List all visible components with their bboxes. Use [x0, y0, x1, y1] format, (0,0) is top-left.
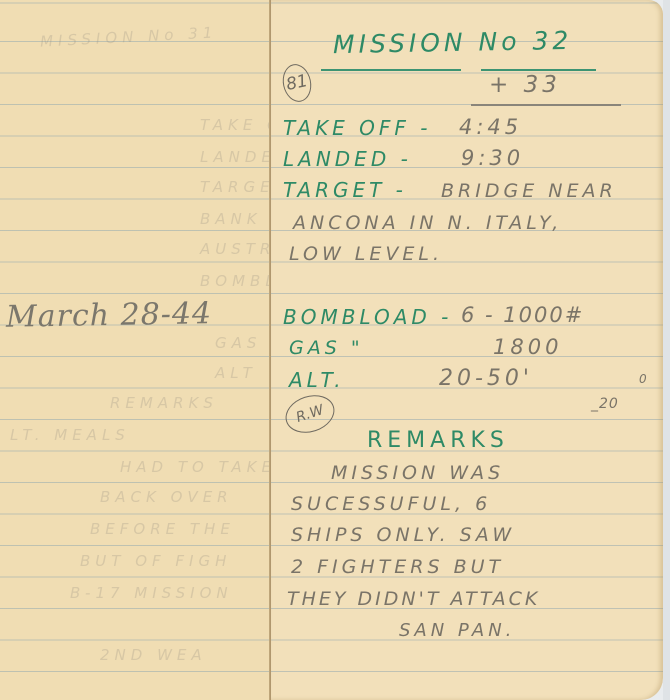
bleed-through-line: BEFORE THE [90, 520, 235, 538]
circled-number: 81 [279, 62, 314, 105]
alt-value: 20-50' [439, 366, 533, 391]
notebook-spread: MISSION No 31 TAKE OFF - 1:30 LANDED - 1… [0, 0, 670, 700]
left-page: MISSION No 31 TAKE OFF - 1:30 LANDED - 1… [0, 0, 271, 700]
bleed-through-line: ALT [215, 364, 257, 382]
remarks-line: 2 FIGHTERS BUT [291, 556, 504, 578]
target-label: TARGET - [283, 178, 407, 202]
remarks-line: THEY DIDN'T ATTACK [287, 588, 540, 610]
right-page: MISSION No 32 81 + 33 TAKE OFF - 4:45 LA… [271, 0, 663, 700]
landed-value: 9:30 [461, 146, 524, 170]
landed-label: LANDED - [283, 147, 412, 171]
remarks-line: SUCESSUFUL, 6 [291, 493, 491, 515]
gas-value: 1800 [493, 335, 562, 359]
gas-label: GAS " [289, 337, 364, 359]
mission-title: MISSION No 32 [333, 26, 573, 59]
bleed-through-line: BUT OF FIGH [80, 552, 231, 570]
page-edge [663, 0, 670, 700]
takeoff-value: 4:45 [459, 115, 522, 139]
margin-note-top: 0 [639, 372, 651, 386]
bleed-through-line: 2ND WEA [100, 646, 207, 664]
margin-note-bottom: _20 [591, 396, 619, 412]
remarks-line: MISSION WAS [331, 462, 504, 484]
remarks-line: SHIPS ONLY. SAW [291, 524, 515, 546]
bleed-through-line: REMARKS [110, 394, 218, 412]
target-value: BRIDGE NEAR [441, 180, 617, 202]
bleed-through-line: LT. MEALS [10, 426, 130, 444]
bombload-label: BOMBLOAD - [283, 305, 452, 329]
target-value-line3: LOW LEVEL. [289, 243, 443, 265]
bleed-through-line: HAD TO TAKE [120, 458, 276, 476]
addendum-underline [471, 104, 621, 106]
remarks-line: SAN PAN. [399, 620, 515, 641]
bleed-through-line: B-17 MISSION [70, 584, 233, 602]
entry-date: March 28-44 [6, 296, 213, 335]
bleed-through-line: BACK OVER [100, 488, 233, 506]
bleed-through-line: MISSION No 31 [40, 23, 218, 50]
mission-addendum: + 33 [489, 72, 561, 98]
title-underline [481, 69, 596, 71]
takeoff-label: TAKE OFF - [283, 116, 432, 140]
target-value-line2: ANCONA IN N. ITALY, [293, 212, 562, 234]
alt-label: ALT. [289, 368, 345, 392]
initials-circle: R.W [281, 389, 340, 439]
remarks-heading: REMARKS [367, 428, 509, 453]
bombload-value: 6 - 1000# [461, 303, 584, 327]
bleed-through-line: GAS [215, 334, 261, 352]
title-underline [321, 69, 461, 71]
